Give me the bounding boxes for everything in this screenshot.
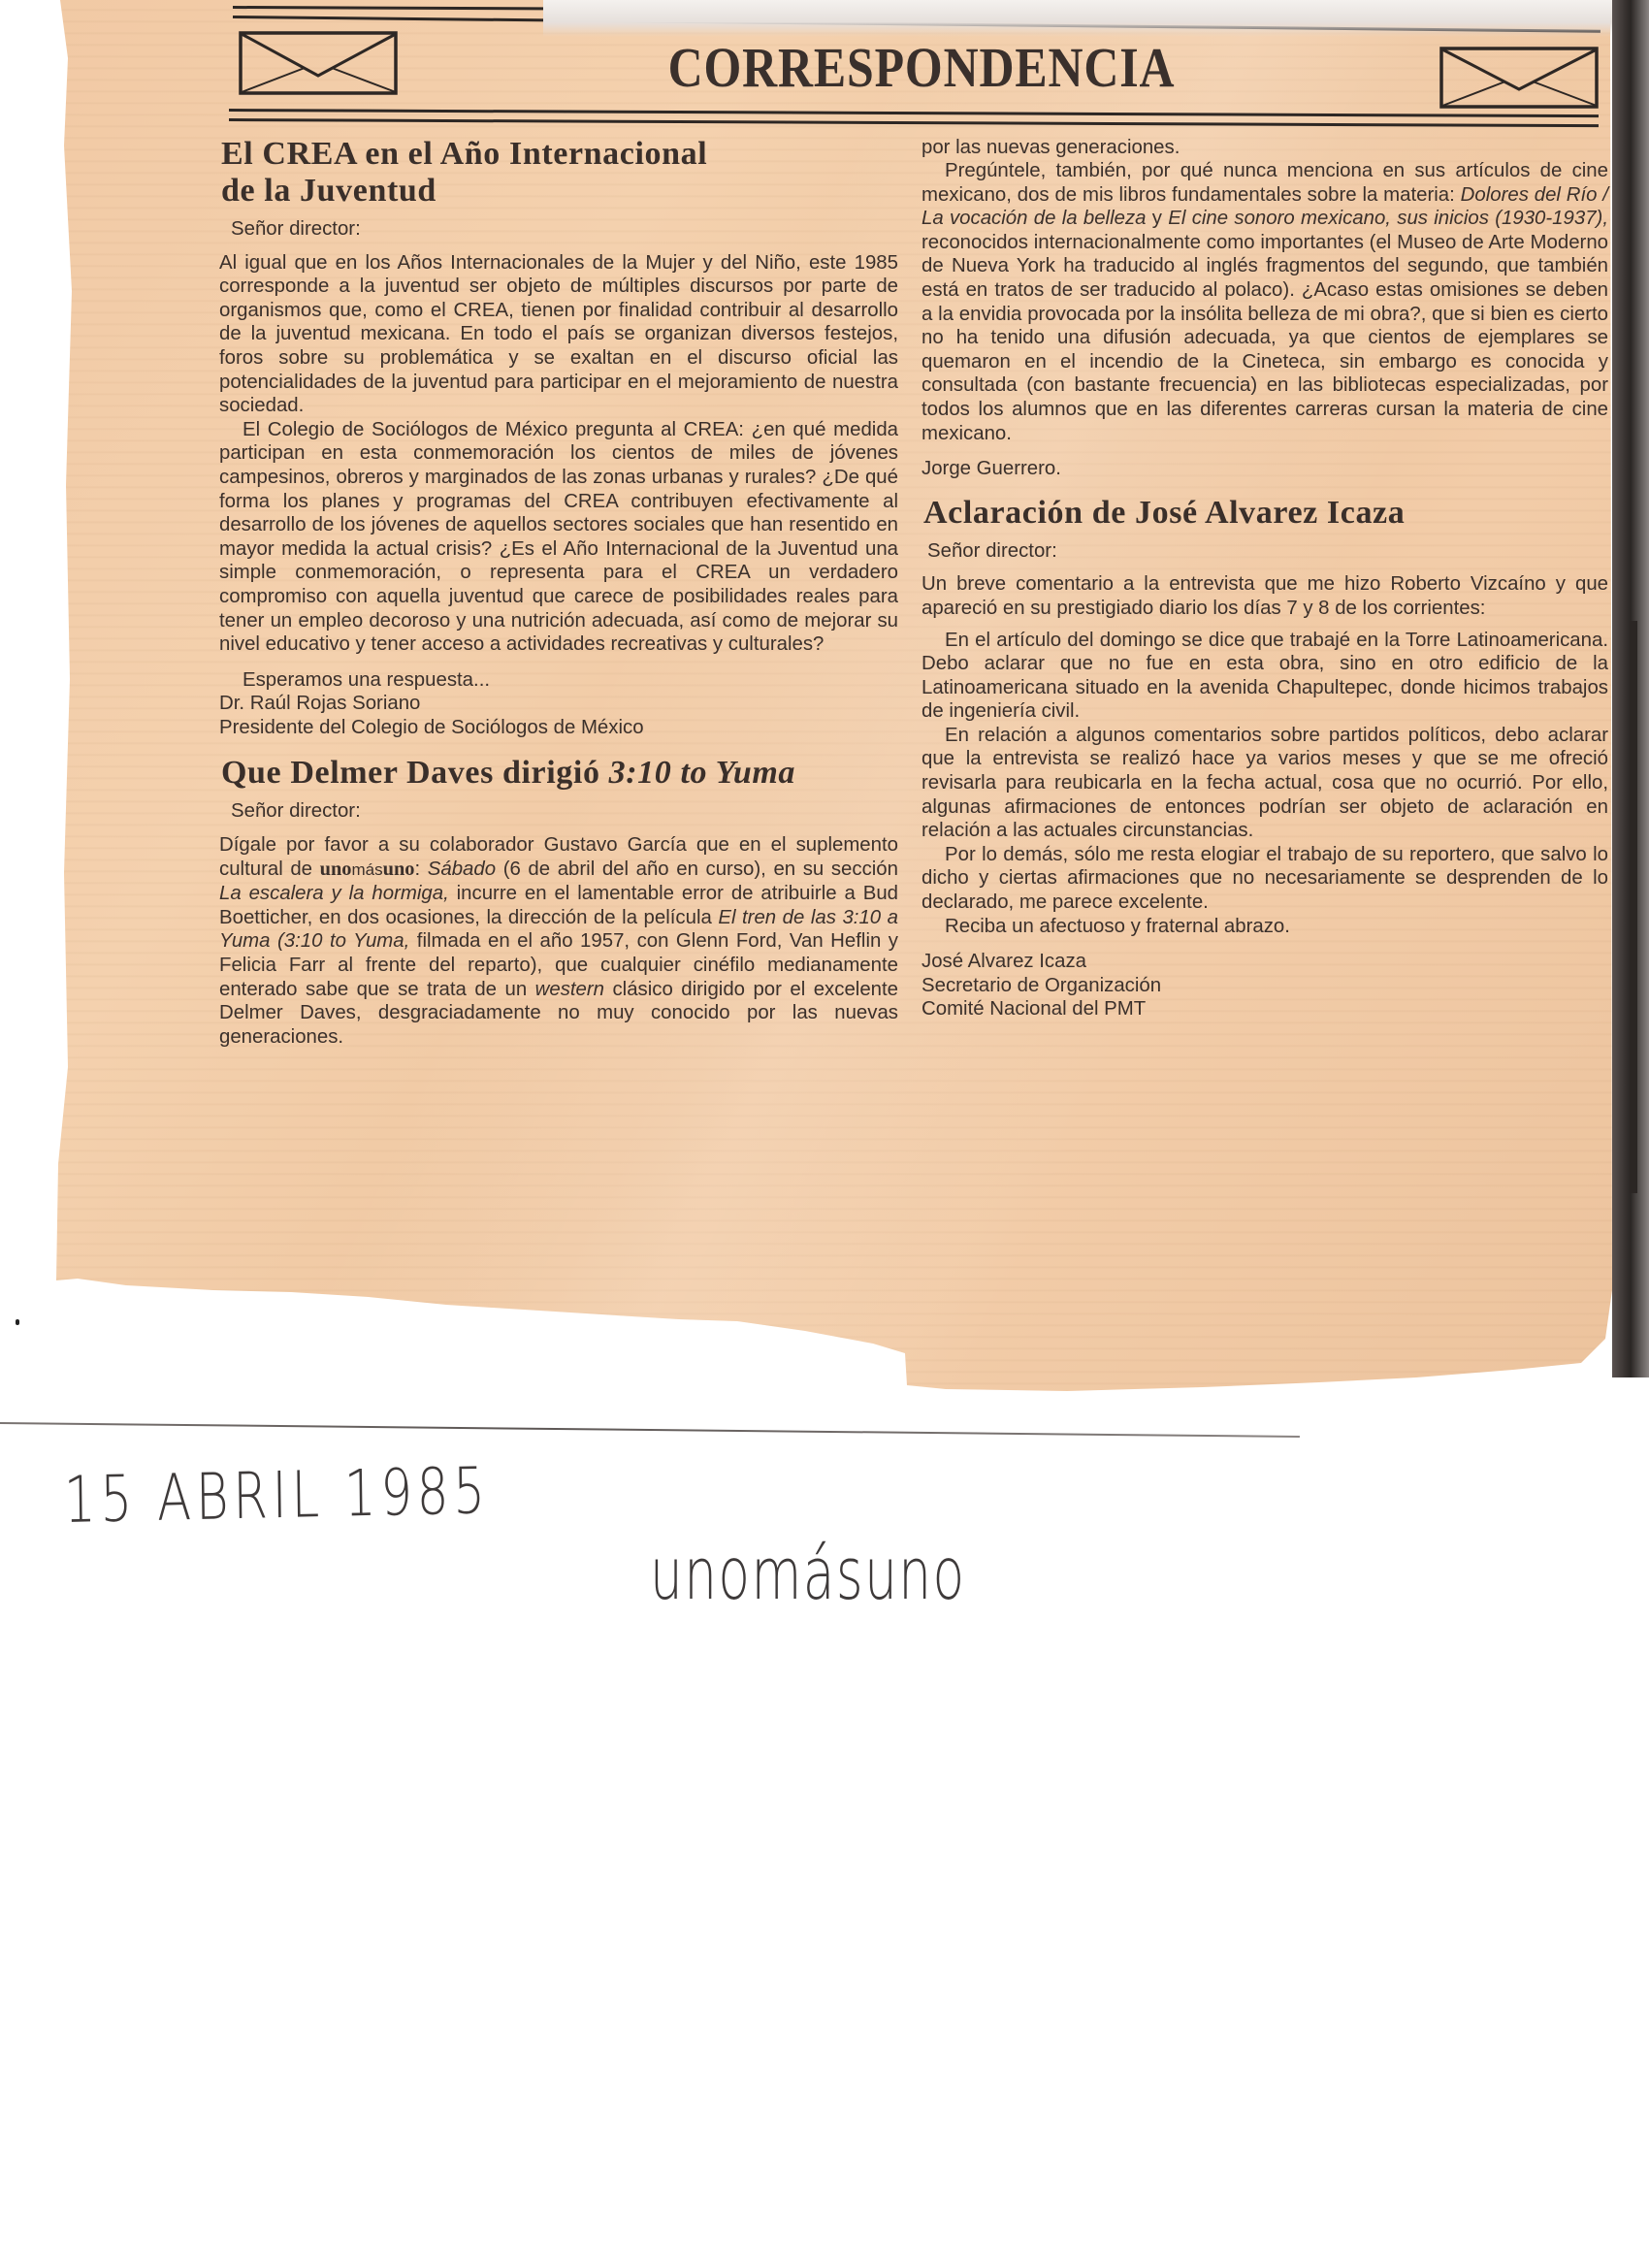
letter-1-closing: Esperamos una respuesta... bbox=[219, 668, 898, 693]
header-rule-bottom-1 bbox=[229, 109, 1599, 117]
letter-2-headline: Que Delmer Daves dirigió 3:10 to Yuma bbox=[221, 755, 898, 792]
column-rule-fragment bbox=[1630, 621, 1637, 1193]
envelope-icon bbox=[1439, 47, 1600, 111]
letter-1-signature-title: Presidente del Colegio de Sociólogos de … bbox=[219, 716, 898, 740]
letter-2-signature: Jorge Guerrero. bbox=[921, 457, 1608, 481]
newspaper-clipping: CORRESPONDENCIA El CREA en el Año Intern… bbox=[0, 0, 1649, 1397]
left-column: El CREA en el Año Internacional de la Ju… bbox=[219, 136, 898, 1072]
letter-1-paragraph: El Colegio de Sociólogos de México pregu… bbox=[219, 418, 898, 657]
right-column: por las nuevas generaciones. Pregúntele,… bbox=[921, 136, 1608, 1021]
letter-2-paragraph-continued: por las nuevas generaciones. bbox=[921, 136, 1608, 159]
letter-1-salutation: Señor director: bbox=[231, 217, 898, 242]
letter-3-signature-name: José Alvarez Icaza bbox=[921, 950, 1608, 974]
letter-2-paragraph: Dígale por favor a su colaborador Gustav… bbox=[219, 833, 898, 1072]
envelope-icon bbox=[239, 31, 400, 97]
letter-3-closing: Reciba un afectuoso y fraternal abrazo. bbox=[921, 915, 1608, 939]
unomasuno-logo: uno bbox=[320, 859, 352, 880]
letter-3-paragraph: En el artículo del domingo se dice que t… bbox=[921, 629, 1608, 724]
letter-3-salutation: Señor director: bbox=[927, 539, 1608, 564]
letter-1-headline: El CREA en el Año Internacional de la Ju… bbox=[221, 136, 898, 210]
letter-2-paragraph: Pregúntele, también, por qué nunca menci… bbox=[921, 159, 1608, 445]
headline-film-title: 3:10 to Yuma bbox=[609, 755, 795, 791]
letter-3-paragraph: En relación a algunos comentarios sobre … bbox=[921, 724, 1608, 843]
letter-3-signature-title: Secretario de Organización bbox=[921, 974, 1608, 998]
headline-line: El CREA en el Año Internacional bbox=[221, 136, 707, 172]
ink-dot bbox=[16, 1319, 19, 1325]
letter-3-headline: Aclaración de José Alvarez Icaza bbox=[923, 495, 1608, 532]
section-title: CORRESPONDENCIA bbox=[630, 35, 1213, 100]
letter-1-signature-name: Dr. Raúl Rojas Soriano bbox=[219, 692, 898, 716]
letter-3-paragraph: Por lo demás, sólo me resta elogiar el t… bbox=[921, 843, 1608, 915]
letter-1-paragraph: Al igual que en los Años Internacionales… bbox=[219, 251, 898, 418]
letter-3-paragraph: Un breve comentario a la entrevista que … bbox=[921, 572, 1608, 620]
paper-edge-line bbox=[0, 1422, 1300, 1438]
letter-2-salutation: Señor director: bbox=[231, 799, 898, 824]
letter-3-signature-org: Comité Nacional del PMT bbox=[921, 997, 1608, 1021]
handwritten-newspaper-name: unomásuno bbox=[650, 1533, 966, 1616]
handwritten-date: 15 ABRIL 1985 bbox=[63, 1453, 490, 1538]
headline-line: de la Juventud bbox=[221, 173, 436, 209]
header-rule-bottom-2 bbox=[229, 118, 1599, 127]
headline-text: Que Delmer Daves dirigió bbox=[221, 755, 609, 791]
scan-glare bbox=[543, 0, 1649, 37]
